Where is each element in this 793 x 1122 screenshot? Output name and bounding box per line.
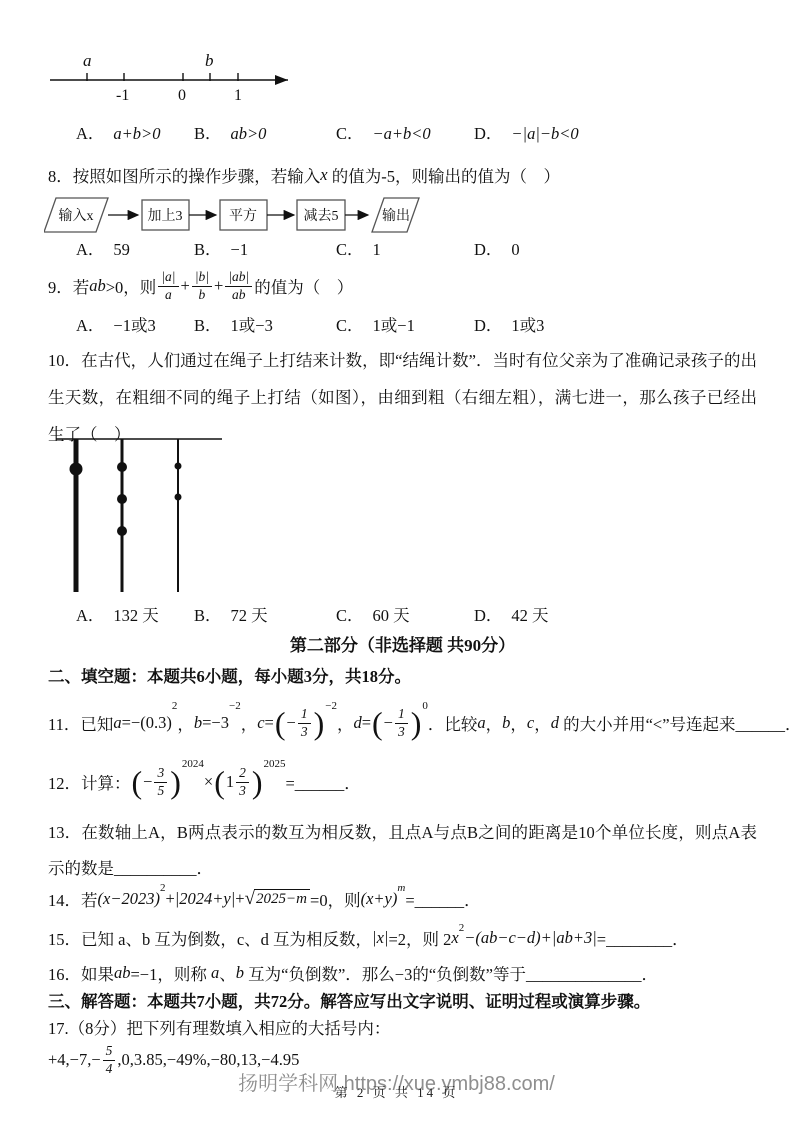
formula-token: ab xyxy=(89,276,106,296)
formula-token: 的值为（ ） xyxy=(254,274,353,298)
q8-options-row: A．59 B．−1 C．1 D．0 xyxy=(48,236,757,260)
formula-token: 15．已知 a、b 互为倒数，c、d 互为相反数， xyxy=(48,926,372,950)
formula-token: a xyxy=(211,963,219,983)
formula-token: = xyxy=(362,713,371,733)
option-value: 1 xyxy=(373,240,381,260)
formula-token: ) xyxy=(170,766,181,798)
q8-option-b: B．−1 xyxy=(194,236,336,260)
option-key: D． xyxy=(474,602,502,626)
flow-step-label: 输入x xyxy=(59,208,94,224)
q8-option-d: D．0 xyxy=(474,236,520,260)
formula-token: + xyxy=(214,276,223,296)
formula-token: (x+y) xyxy=(361,889,398,909)
formula-token: (x−2023) xyxy=(98,889,160,909)
numberline-arrowhead xyxy=(275,75,288,85)
formula-token: 35 xyxy=(154,765,167,798)
q9-options-row: A．−1或3 B．1或−3 C．1或−1 D．1或3 xyxy=(48,312,757,336)
formula-token: − xyxy=(287,713,296,733)
formula-token: 8．按照如图所示的操作步骤，若输入 xyxy=(48,163,320,187)
flow-step-label: 减去5 xyxy=(304,207,339,224)
option-value: 72 天 xyxy=(231,602,268,626)
option-key: D． xyxy=(474,120,502,144)
q9-option-a: A．−1或3 xyxy=(76,312,194,336)
option-key: A． xyxy=(76,602,104,626)
formula-token: ( xyxy=(275,707,286,739)
formula-token: 23 xyxy=(236,765,249,798)
formula-token: −2 xyxy=(229,700,241,712)
option-key: A． xyxy=(76,312,104,336)
exam-paper-page: a b -1 0 1 A．a+b>0 B．ab>0 C．−a+b<0 D．−|a… xyxy=(0,0,793,1122)
q10-options-row: A．132 天 B．72 天 C．60 天 D．42 天 xyxy=(48,602,757,626)
option-key: C． xyxy=(336,120,364,144)
option-key: A． xyxy=(76,120,104,144)
option-key: B． xyxy=(194,602,222,626)
formula-token: 、 xyxy=(219,961,236,985)
formula-token: = xyxy=(265,713,274,733)
formula-token: × xyxy=(204,772,213,792)
q13-stem: 13．在数轴上A，B两点表示的数互为相反数，且点A与点B之间的距离是10个单位长… xyxy=(48,815,757,887)
formula-token: =−3 xyxy=(202,713,229,733)
formula-token: −(ab−c−d)+|ab+3| xyxy=(464,928,597,948)
formula-token: ， xyxy=(486,711,503,735)
formula-token: d xyxy=(551,713,559,733)
q8-stem: 8．按照如图所示的操作步骤，若输入x 的值为-5，则输出的值为（ ） xyxy=(48,158,560,192)
option-key: B． xyxy=(194,236,222,260)
part2-header: 第二部分（非选择题 共90分） xyxy=(48,631,757,656)
fill-in-section-header: 二、填空题：本题共6小题，每小题3分，共18分。 xyxy=(48,663,757,687)
formula-token: |a|a xyxy=(158,269,178,302)
formula-token: ， xyxy=(177,711,194,735)
option-value: 60 天 xyxy=(373,602,410,626)
q9-option-d: D．1或3 xyxy=(474,312,544,336)
formula-token: ， xyxy=(510,711,527,735)
formula-token: ， xyxy=(337,711,354,735)
formula-token: |b|b xyxy=(192,269,212,302)
formula-token: − xyxy=(384,713,393,733)
formula-token: b xyxy=(502,713,510,733)
q7-option-d: D．−|a|−b<0 xyxy=(474,120,579,144)
knot xyxy=(175,463,182,470)
answer-section-header: 三、解答题：本题共7小题，共72分。解答应写出文字说明、证明过程或演算步骤。 xyxy=(48,988,757,1012)
knot xyxy=(175,494,182,501)
formula-token: m xyxy=(397,882,405,894)
option-key: D． xyxy=(474,312,502,336)
q16-stem: 16．如果ab=−1，则称 a、b 互为“负倒数”．那么−3的“负倒数”等于__… xyxy=(48,956,658,990)
flow-step-label: 输出 xyxy=(382,208,410,224)
tick-1-label: 1 xyxy=(234,87,242,104)
formula-token: >0，则 xyxy=(106,274,157,298)
formula-token: ( xyxy=(372,707,383,739)
tick-neg1-label: -1 xyxy=(116,87,129,104)
option-value: 42 天 xyxy=(511,602,548,626)
formula-token: =______． xyxy=(286,770,361,794)
option-value: 132 天 xyxy=(113,602,158,626)
knot xyxy=(117,494,127,504)
q10-option-d: D．42 天 xyxy=(474,602,549,626)
formula-token: ) xyxy=(411,707,422,739)
knot xyxy=(117,526,127,536)
q10-option-b: B．72 天 xyxy=(194,602,336,626)
q11-stem: 11．已知a=−(0.3)2，b=−3−2，c=(−13)−2，d=(−13)0… xyxy=(48,698,793,748)
q7-options-row: A．a+b>0 B．ab>0 C．−a+b<0 D．−|a|−b<0 xyxy=(48,120,757,144)
formula-token: + xyxy=(235,889,244,909)
formula-token: 的大小并用“<”号连起来______． xyxy=(559,711,793,735)
formula-token: 11．已知 xyxy=(48,711,113,735)
option-value: 1或−1 xyxy=(373,312,415,336)
formula-token: 12．计算： xyxy=(48,770,131,794)
formula-token: d xyxy=(353,713,361,733)
formula-token: ．比较 xyxy=(428,711,478,735)
rope-knots-figure xyxy=(50,430,235,602)
option-key: A． xyxy=(76,236,104,260)
q7-option-a: A．a+b>0 xyxy=(76,120,194,144)
formula-token: ab xyxy=(114,963,131,983)
formula-token: ) xyxy=(314,707,325,739)
option-value: 0 xyxy=(511,240,519,260)
formula-token: 14．若 xyxy=(48,887,98,911)
formula-token: ， xyxy=(534,711,551,735)
formula-token: |ab|ab xyxy=(225,269,252,302)
formula-token: =________． xyxy=(597,926,689,950)
option-value: −a+b<0 xyxy=(373,124,431,144)
formula-token: c xyxy=(527,713,534,733)
formula-token: |2024+y| xyxy=(175,889,236,909)
formula-token: ， xyxy=(241,711,258,735)
option-key: D． xyxy=(474,236,502,260)
point-a-label: a xyxy=(83,51,92,70)
formula-token: 互为“负倒数”．那么−3的“负倒数”等于______________． xyxy=(244,961,658,985)
formula-token: |x| xyxy=(372,928,388,948)
knot xyxy=(117,462,127,472)
q10-option-a: A．132 天 xyxy=(76,602,194,626)
q14-stem: 14．若(x−2023)2+|2024+y|+√2025−m=0，则(x+y)m… xyxy=(48,880,481,918)
formula-token: −2 xyxy=(325,700,337,712)
option-key: B． xyxy=(194,120,222,144)
q12-stem: 12．计算：(−35)2024×(123)2025=______． xyxy=(48,756,361,808)
flow-step-label: 平方 xyxy=(229,208,257,224)
formula-token: ( xyxy=(214,766,225,798)
formula-token: b xyxy=(194,713,202,733)
formula-token: a xyxy=(113,713,121,733)
formula-token: =2，则 2 xyxy=(388,926,451,950)
formula-token: 13 xyxy=(298,706,311,739)
tick-0-label: 0 xyxy=(178,87,186,104)
formula-token: a xyxy=(477,713,485,733)
q8-option-c: C．1 xyxy=(336,236,474,260)
option-value: −1或3 xyxy=(113,312,155,336)
formula-token: + xyxy=(181,276,190,296)
option-key: B． xyxy=(194,312,222,336)
q7-option-c: C．−a+b<0 xyxy=(336,120,474,144)
formula-token: 9．若 xyxy=(48,274,89,298)
formula-token: =______． xyxy=(405,887,480,911)
formula-token: ) xyxy=(252,766,263,798)
formula-token: c xyxy=(257,713,264,733)
q9-stem: 9．若ab>0，则|a|a+|b|b+|ab|ab的值为（ ） xyxy=(48,262,353,310)
option-value: a+b>0 xyxy=(113,124,160,144)
formula-token: 2025 xyxy=(264,758,286,770)
formula-token: =−1，则称 xyxy=(131,961,212,985)
q9-option-c: C．1或−1 xyxy=(336,312,474,336)
option-value: −1 xyxy=(231,240,249,260)
option-value: 1或3 xyxy=(511,312,544,336)
formula-token: √2025−m xyxy=(245,889,310,909)
knot xyxy=(70,463,83,476)
formula-token: 13 xyxy=(395,706,408,739)
formula-token: x xyxy=(320,165,327,185)
formula-token: − xyxy=(143,772,152,792)
q9-option-b: B．1或−3 xyxy=(194,312,336,336)
formula-token: =0，则 xyxy=(310,887,361,911)
q10-option-c: C．60 天 xyxy=(336,602,474,626)
formula-token: x xyxy=(451,928,458,948)
flowchart-figure: 输入x 加上3 平方 减去5 输出 xyxy=(44,192,424,238)
option-key: C． xyxy=(336,236,364,260)
option-key: C． xyxy=(336,602,364,626)
formula-token: b xyxy=(236,963,244,983)
option-value: 1或−3 xyxy=(231,312,273,336)
option-key: C． xyxy=(336,312,364,336)
formula-token: 的值为-5，则输出的值为（ ） xyxy=(328,163,560,187)
point-b-label: b xyxy=(205,51,214,70)
formula-token: 16．如果 xyxy=(48,961,114,985)
formula-token: 2024 xyxy=(182,758,204,770)
formula-token: ( xyxy=(132,766,143,798)
flow-step-label: 加上3 xyxy=(148,208,183,224)
q7-option-b: B．ab>0 xyxy=(194,120,336,144)
page-number: 第 2 页 共 14 页 xyxy=(0,1082,793,1101)
q8-option-a: A．59 xyxy=(76,236,194,260)
numberline-figure: a b -1 0 1 xyxy=(48,50,300,108)
option-value: ab>0 xyxy=(231,124,267,144)
option-value: 59 xyxy=(113,240,130,260)
formula-token: =−(0.3) xyxy=(122,713,172,733)
formula-token: + xyxy=(165,889,174,909)
formula-token: 1 xyxy=(226,772,234,792)
option-value: −|a|−b<0 xyxy=(511,124,578,144)
q15-stem: 15．已知 a、b 互为倒数，c、d 互为相反数，|x|=2，则 2x2−(ab… xyxy=(48,920,689,956)
